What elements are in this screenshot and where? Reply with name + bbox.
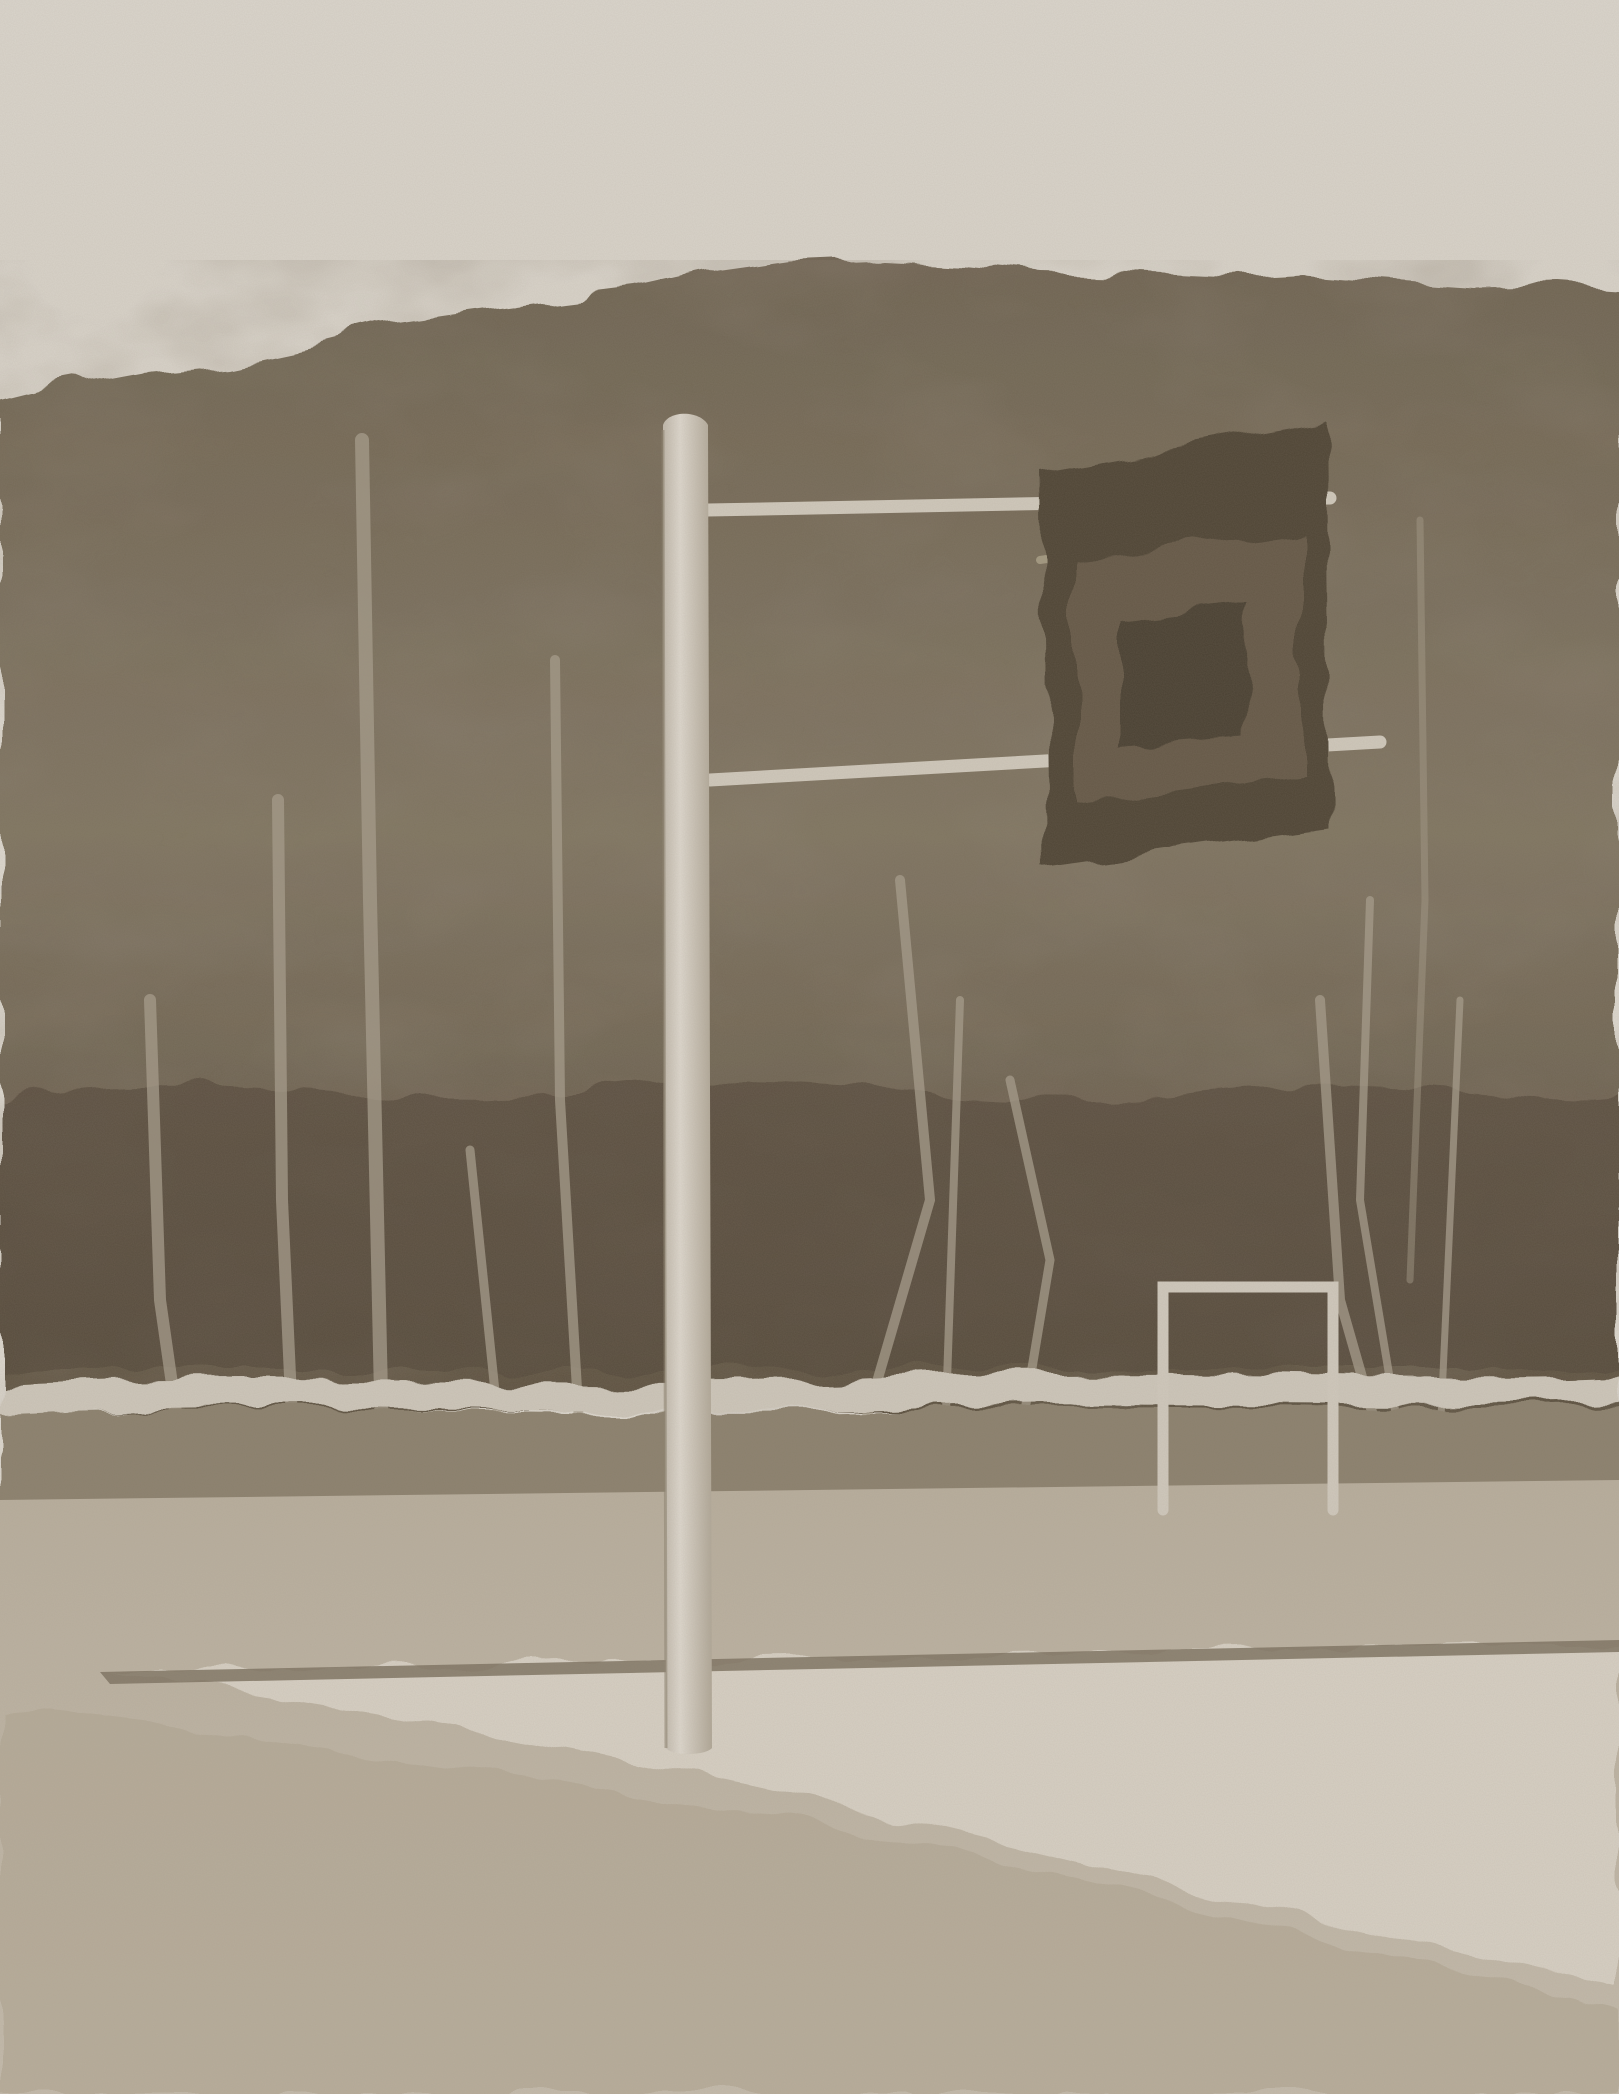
- watercolor-painting: [0, 0, 1619, 2094]
- painting-svg: [0, 0, 1619, 2094]
- paper-grain: [0, 0, 1619, 2094]
